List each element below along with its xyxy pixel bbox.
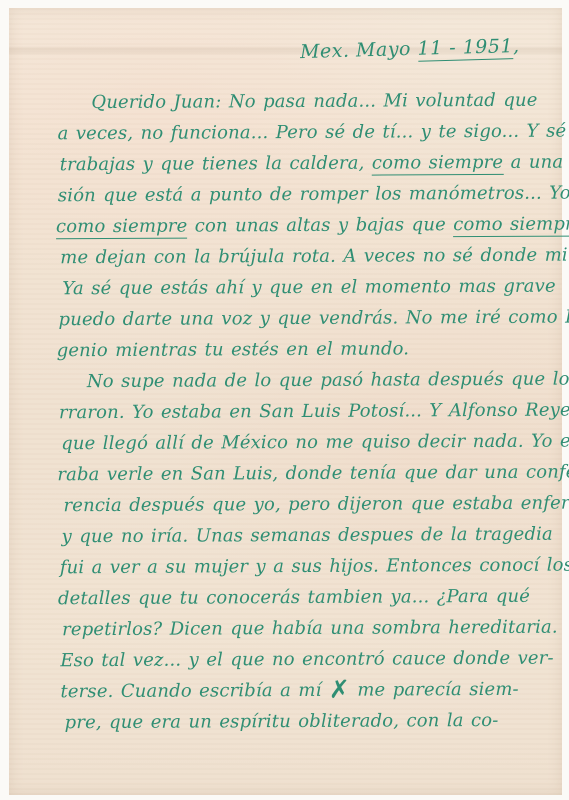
letter-text: me parecía siem- bbox=[350, 679, 519, 701]
underlined-phrase: como siempre bbox=[372, 152, 503, 176]
letter-text: puedo darte una voz y que vendrás. No me… bbox=[58, 306, 569, 330]
letter-text: No supe nada de lo que pasó hasta despué… bbox=[87, 368, 569, 392]
letter-line: puedo darte una voz y que vendrás. No me… bbox=[58, 302, 530, 335]
letter-line: terse. Cuando escribía a mí ✗ me parecía… bbox=[60, 674, 532, 707]
underlined-phrase: como siempre bbox=[56, 216, 187, 240]
letter-body: Querido Juan: No pasa nada... Mi volunta… bbox=[57, 85, 532, 738]
scanned-letter: Mex. Mayo 11 - 1951, Querido Juan: No pa… bbox=[0, 0, 569, 800]
letter-line: a veces, no funciona... Pero sé de tí...… bbox=[57, 116, 529, 149]
letter-line: como siempre con unas altas y bajas que … bbox=[56, 209, 530, 242]
letter-text: rraron. Yo estaba en San Luis Potosí... … bbox=[59, 400, 569, 424]
letter-line: sión que está a punto de romper los manó… bbox=[58, 178, 530, 211]
letter-text: y que no iría. Unas semanas despues de l… bbox=[62, 524, 553, 548]
letter-line: Eso tal vez... y el que no encontró cauc… bbox=[60, 643, 532, 676]
letter-text: a veces, no funciona... Pero sé de tí...… bbox=[57, 120, 569, 144]
letter-line: Ya sé que estás ahí y que en el momento … bbox=[62, 271, 530, 304]
letter-line: trabajas y que tienes la caldera, como s… bbox=[60, 147, 530, 180]
underlined-phrase: como siempre bbox=[453, 213, 569, 237]
date-line: Mex. Mayo 11 - 1951, bbox=[300, 35, 520, 63]
date-prefix: Mex. Mayo bbox=[300, 38, 418, 63]
letter-line: repetirlos? Dicen que había una sombra h… bbox=[62, 612, 532, 645]
date-underlined: 11 - 1951 bbox=[418, 35, 514, 62]
letter-text: rencia después que yo, pero dijeron que … bbox=[63, 492, 569, 516]
letter-line: raba verle en San Luis, donde tenía que … bbox=[57, 457, 531, 490]
letter-paper: Mex. Mayo 11 - 1951, Querido Juan: No pa… bbox=[9, 8, 562, 795]
letter-line: No supe nada de lo que pasó hasta despué… bbox=[59, 364, 531, 397]
letter-text: detalles que tu conocerás tambien ya... … bbox=[58, 586, 530, 609]
date-suffix: , bbox=[513, 35, 520, 57]
letter-text: que llegó allí de México no me quiso dec… bbox=[61, 430, 569, 454]
letter-line: pre, que era un espíritu obliterado, con… bbox=[65, 705, 533, 738]
letter-text: Eso tal vez... y el que no encontró cauc… bbox=[60, 648, 554, 672]
letter-text: con unas altas y bajas que bbox=[187, 214, 453, 236]
letter-line: fui a ver a su mujer y a sus hijos. Ento… bbox=[60, 550, 532, 583]
letter-text: terse. Cuando escribía a mí bbox=[60, 680, 328, 702]
letter-line: rencia después que yo, pero dijeron que … bbox=[63, 488, 531, 521]
letter-text: a una pre- bbox=[503, 151, 569, 173]
letter-text: Ya sé que estás ahí y que en el momento … bbox=[62, 276, 556, 300]
letter-line: detalles que tu conocerás tambien ya... … bbox=[58, 581, 532, 614]
letter-line: rraron. Yo estaba en San Luis Potosí... … bbox=[59, 395, 531, 428]
letter-text: trabajas y que tienes la caldera, bbox=[60, 153, 372, 176]
letter-line: Querido Juan: No pasa nada... Mi volunta… bbox=[55, 85, 529, 118]
letter-text: genio mientras tu estés en el mundo. bbox=[57, 338, 410, 361]
letter-text: me dejan con la brújula rota. A veces no… bbox=[60, 244, 569, 268]
letter-line: que llegó allí de México no me quiso dec… bbox=[61, 426, 531, 459]
letter-text: pre, que era un espíritu obliterado, con… bbox=[65, 710, 499, 733]
letter-line: genio mientras tu estés en el mundo. bbox=[57, 333, 531, 366]
letter-text: Querido Juan: No pasa nada... Mi volunta… bbox=[91, 90, 537, 113]
letter-text: repetirlos? Dicen que había una sombra h… bbox=[62, 617, 558, 641]
letter-text: fui a ver a su mujer y a sus hijos. Ento… bbox=[60, 555, 569, 579]
letter-text: sión que está a punto de romper los manó… bbox=[58, 182, 569, 206]
letter-text: raba verle en San Luis, donde tenía que … bbox=[57, 461, 569, 485]
letter-line: me dejan con la brújula rota. A veces no… bbox=[60, 240, 530, 273]
letter-line: y que no iría. Unas semanas despues de l… bbox=[62, 519, 532, 552]
